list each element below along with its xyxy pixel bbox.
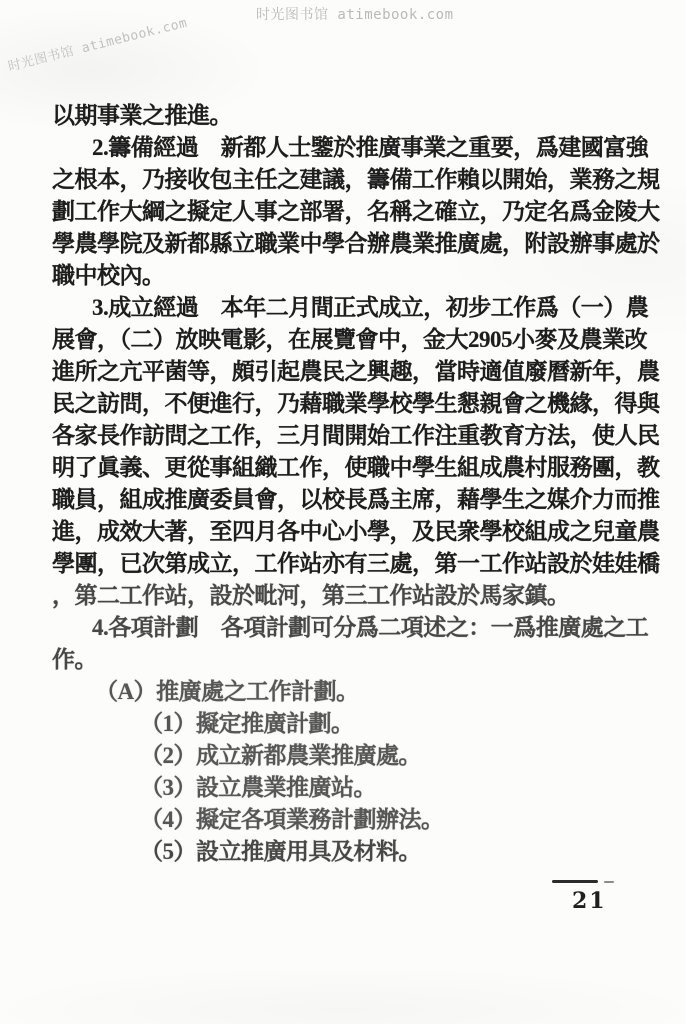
text-line: （2）成立新都農業推廣處。 xyxy=(52,740,664,772)
text-line: 各家長作訪問之工作，三月間開始工作注重教育方法，使人民 xyxy=(52,420,664,452)
text-line: （1）擬定推廣計劃。 xyxy=(52,708,664,740)
text-block: 以期事業之推進。 2.籌備經過 新都人士鑒於推廣事業之重要，爲建國富強 之根本，… xyxy=(52,100,664,868)
text-line: （5）設立推廣用具及材料。 xyxy=(52,836,664,868)
text-line: 職員，組成推廣委員會，以校長爲主席，藉學生之媒介力而推 xyxy=(52,484,664,516)
text-line: 明了眞義、更從事組織工作，使職中學生組成農村服務團，教 xyxy=(52,452,664,484)
scanned-page: 时光图书馆 atimebook.com 时光图书馆 atimebook.com … xyxy=(0,0,686,1024)
text-line: 劃工作大綱之擬定人事之部署，名稱之確立，乃定名爲金陵大 xyxy=(52,196,664,228)
text-line: 3.成立經過 本年二月間正式成立，初步工作爲（一）農 xyxy=(52,292,664,324)
text-line: 2.籌備經過 新都人士鑒於推廣事業之重要，爲建國富強 xyxy=(52,132,664,164)
text-line: （A）推廣處之工作計劃。 xyxy=(52,676,664,708)
page-number: 21 xyxy=(572,888,607,914)
text-line: （4）擬定各項業務計劃辦法。 xyxy=(52,804,664,836)
watermark-diagonal: 时光图书馆 atimebook.com xyxy=(6,12,189,75)
text-line: 進，成效大著，至四月各中心小學，及民衆學校組成之兒童農 xyxy=(52,516,664,548)
text-line: （3）設立農業推廣站。 xyxy=(52,772,664,804)
watermark-horizontal: 时光图书馆 atimebook.com xyxy=(256,4,454,24)
page-number-rule xyxy=(552,880,598,883)
text-line: 之根本，乃接收包主任之建議，籌備工作賴以開始，業務之規 xyxy=(52,164,664,196)
text-line: 作。 xyxy=(52,644,664,676)
text-line: 進所之亢平菌等，頗引起農民之興趣，當時適值廢曆新年，農 xyxy=(52,356,664,388)
text-line: 展會，（二）放映電影，在展覽會中，金大2905小麥及農業改 xyxy=(52,324,664,356)
text-line: 職中校內。 xyxy=(52,260,664,292)
text-line: 以期事業之推進。 xyxy=(52,100,664,132)
text-line: ，第二工作站，設於毗河，第三工作站設於馬家鎮。 xyxy=(52,580,664,612)
text-line: 學農學院及新都縣立職業中學合辦農業推廣處，附設辦事處於 xyxy=(52,228,664,260)
text-line: 民之訪問，不便進行，乃藉職業學校學生懇親會之機緣，得與 xyxy=(52,388,664,420)
text-line: 4.各項計劃 各項計劃可分爲二項述之：一爲推廣處之工 xyxy=(52,612,664,644)
text-line: 學團，已次第成立，工作站亦有三處，第一工作站設於娃娃橋 xyxy=(52,548,664,580)
